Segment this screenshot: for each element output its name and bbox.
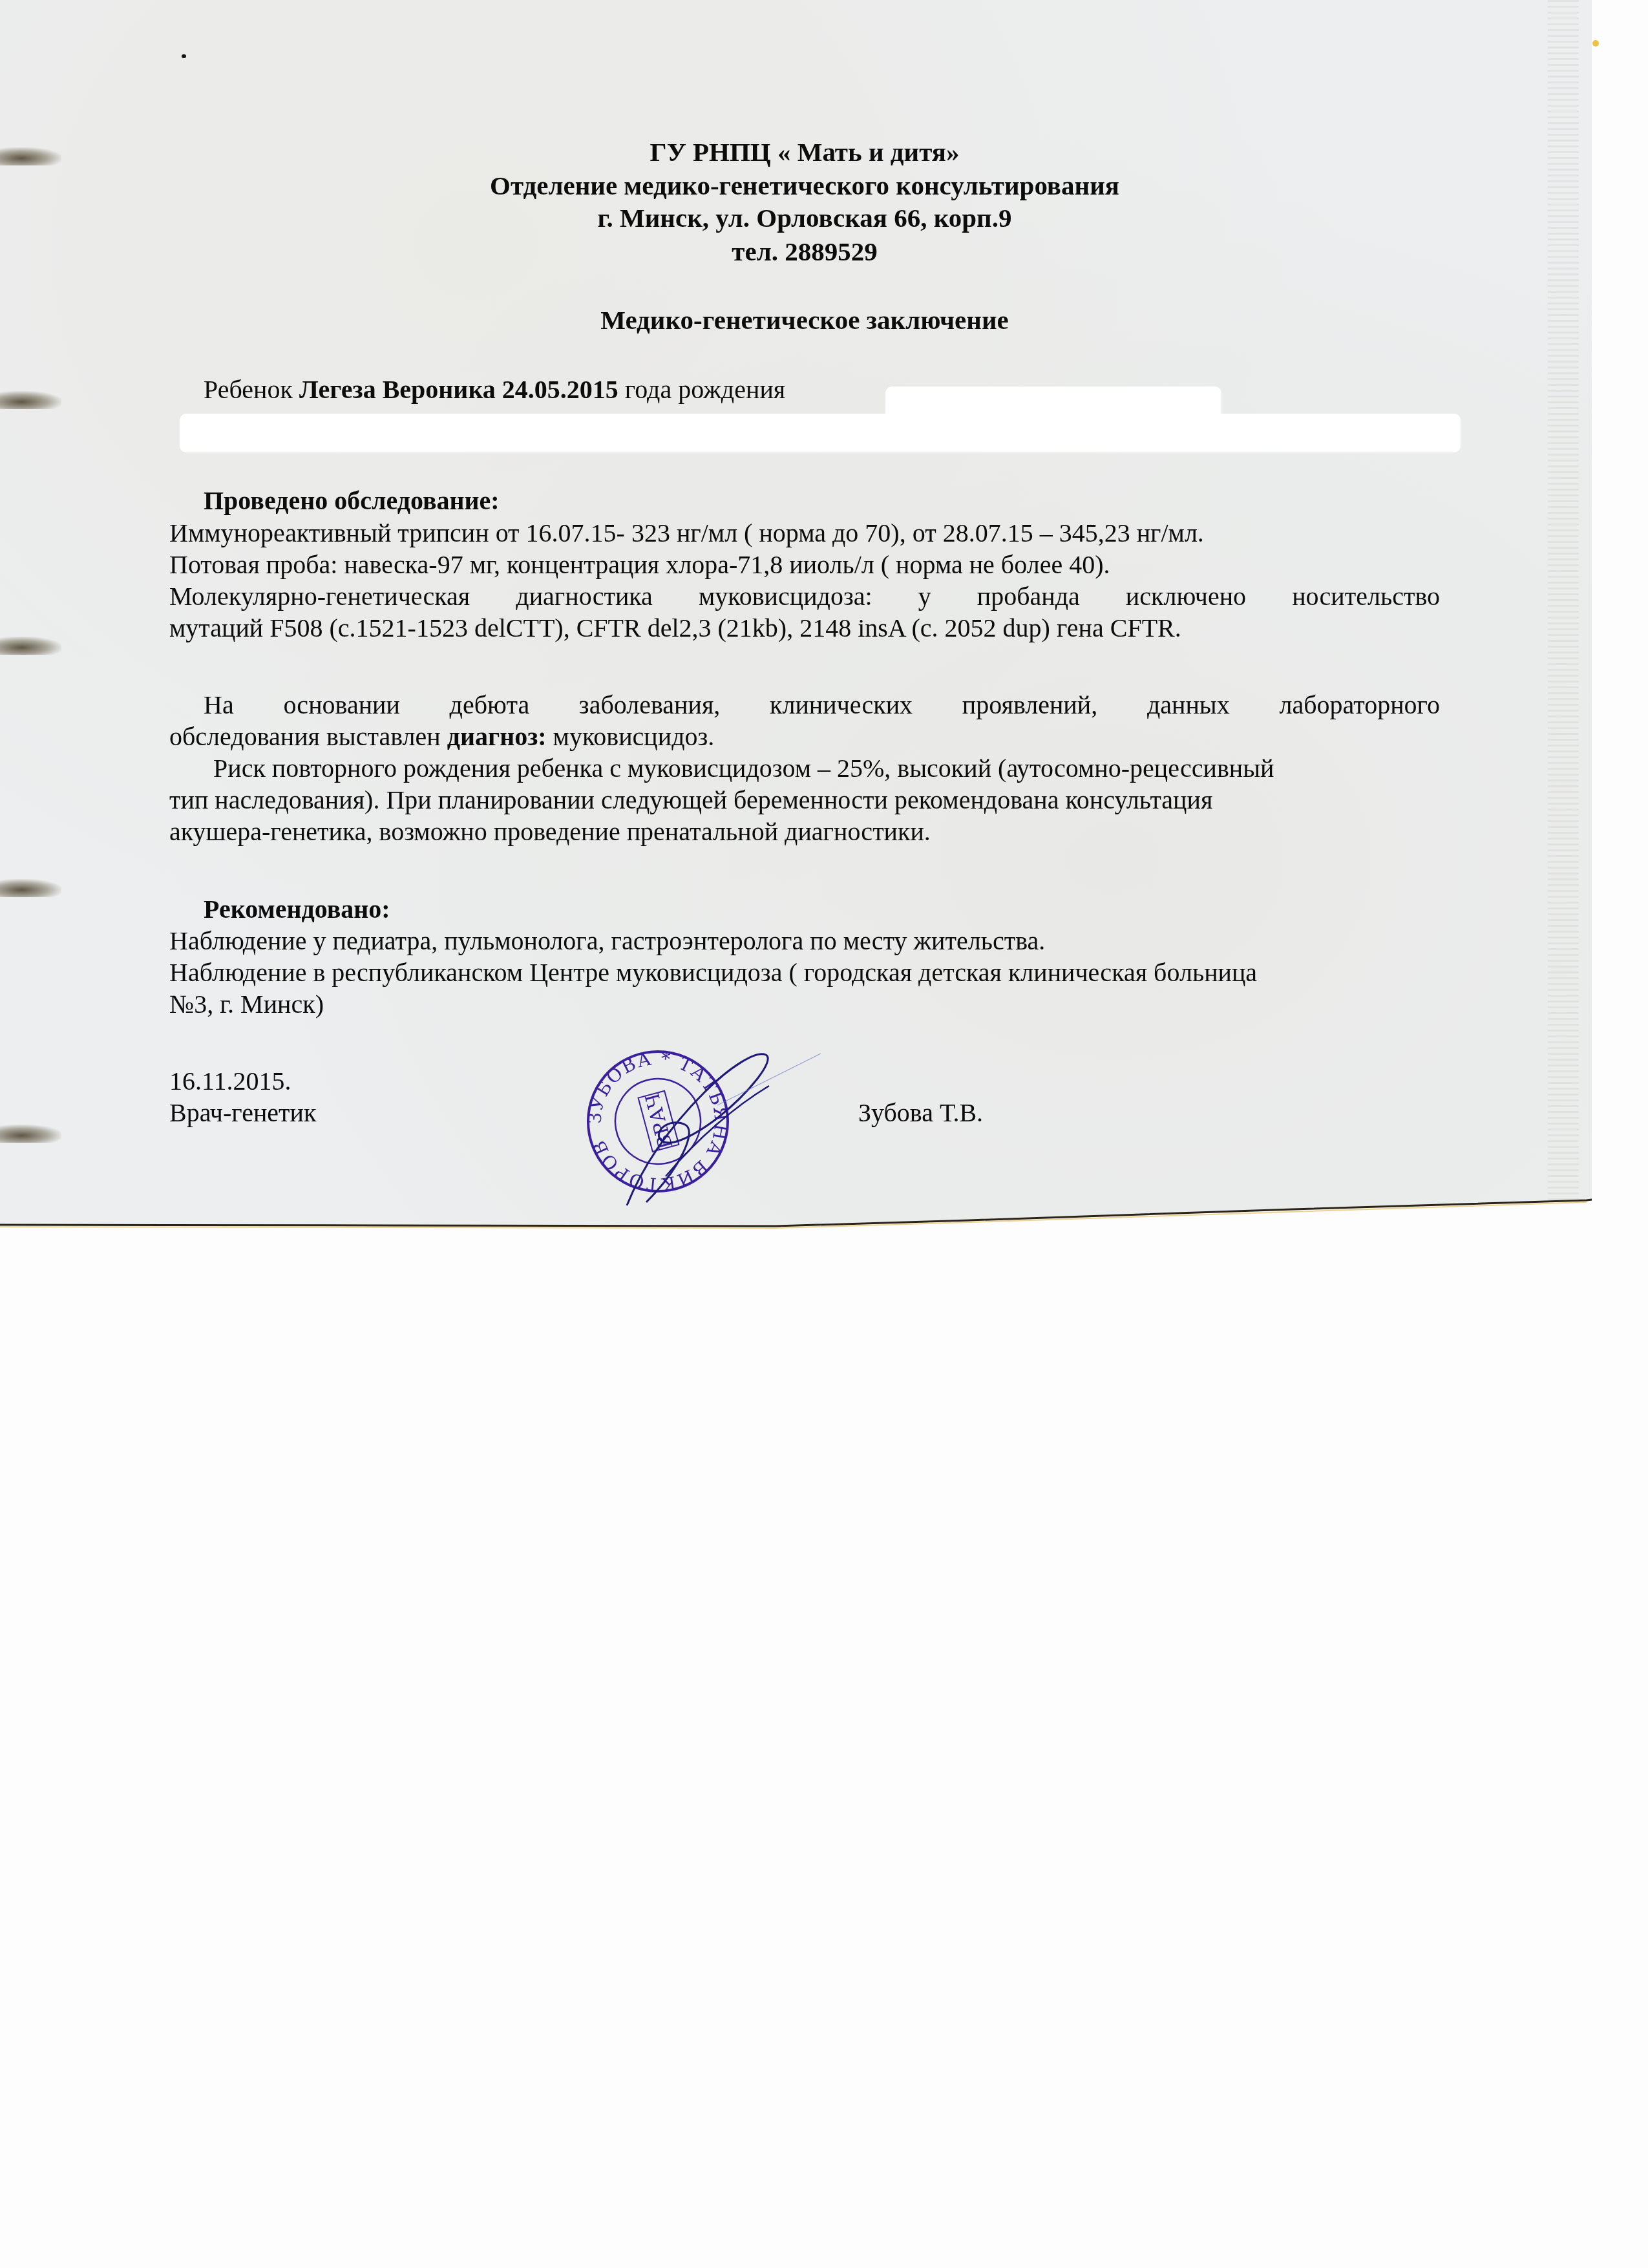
punch-hole-mark (0, 637, 61, 655)
recommendations-heading: Рекомендовано: (169, 893, 1440, 925)
recommendation-line-2: Наблюдение в республиканском Центре муко… (169, 957, 1440, 988)
exam-line-molecular: Молекулярно-генетическая диагностика мук… (169, 580, 1440, 612)
patient-suffix: года рождения (625, 375, 785, 404)
stray-yellow-dot (1592, 40, 1599, 47)
patient-name-dob: Легеза Вероника 24.05.2015 (299, 375, 618, 404)
redaction-box (180, 414, 1461, 452)
patient-prefix: Ребенок (204, 375, 293, 404)
examination-heading: Проведено обследование: (169, 485, 1440, 516)
conclusion-text: обследования выставлен (169, 722, 441, 751)
signer-name: Зубова Т.В. (858, 1097, 1117, 1129)
recommendation-line-1: Наблюдение у педиатра, пульмонолога, гас… (169, 925, 1440, 957)
department-name: Отделение медико-генетического консульти… (169, 169, 1440, 202)
address: г. Минск, ул. Орловская 66, корп.9 (169, 202, 1440, 234)
phone: тел. 2889529 (169, 235, 1440, 268)
diagnosis-label: диагноз: (447, 722, 547, 751)
diagnosis-value: муковисцидоз. (553, 722, 715, 751)
stray-ink-dot (182, 54, 186, 58)
risk-line-3: акушера-генетика, возможно проведение пр… (169, 816, 1440, 847)
punch-hole-mark (0, 1125, 61, 1143)
recommendation-line-3: №3, г. Минск) (169, 988, 1440, 1020)
recommendations-heading-text: Рекомендовано: (204, 895, 390, 924)
handwritten-signature (620, 1041, 827, 1215)
patient-line: Ребенок Легеза Вероника 24.05.2015 года … (169, 374, 1440, 405)
risk-line-2: тип наследования). При планировании след… (169, 784, 1440, 816)
examination-heading-text: Проведено обследование: (204, 486, 500, 515)
exam-line-sweat-test: Потовая проба: навеска-97 мг, концентрац… (169, 549, 1440, 580)
scan-speckle-band (1548, 0, 1579, 1202)
conclusion-line-2: обследования выставлен диагноз: муковисц… (169, 721, 1440, 752)
exam-line-mutations: мутаций F508 (c.1521-1523 delCTT), CFTR … (169, 612, 1440, 644)
organization-name: ГУ РНПЦ « Мать и дитя» (169, 136, 1440, 168)
document-title: Медико-генетическое заключение (169, 304, 1440, 336)
exam-line-trypsin: Иммунореактивный трипсин от 16.07.15- 32… (169, 517, 1440, 549)
conclusion-line-1: На основании дебюта заболевания, клиниче… (169, 689, 1440, 721)
punch-hole-mark (0, 391, 61, 409)
punch-hole-mark (0, 147, 61, 165)
punch-hole-mark (0, 879, 61, 897)
risk-line-1: Риск повторного рождения ребенка с муков… (169, 752, 1440, 784)
